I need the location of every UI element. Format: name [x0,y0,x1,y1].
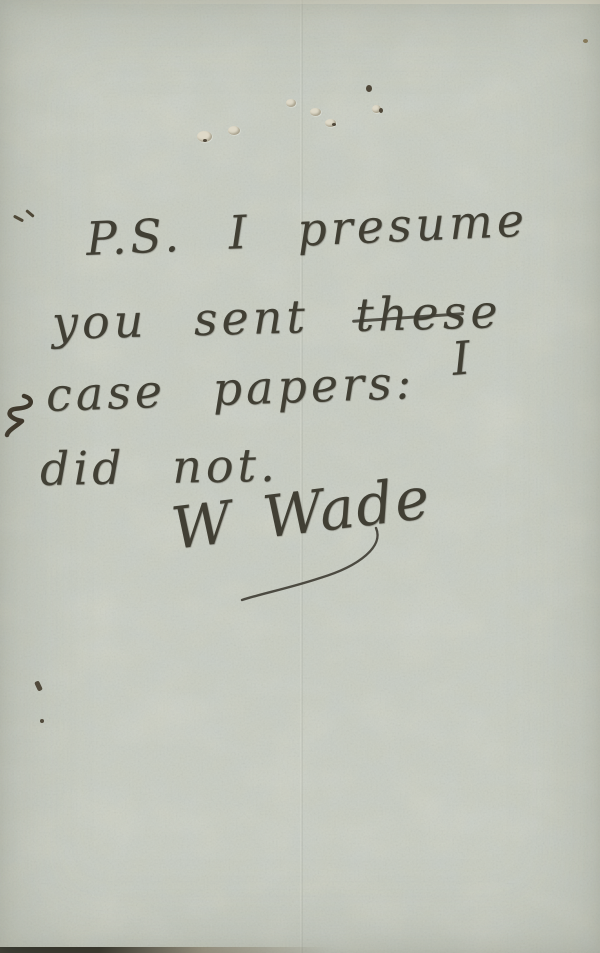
scan-bottom-edge [0,947,330,953]
brown-speck [583,39,588,43]
damage-spot [286,99,296,107]
dark-speck [40,719,44,723]
handwriting-line-4: did not. [40,442,279,492]
vertical-fold-crease [300,0,303,953]
scan-top-edge [0,0,600,4]
handwriting-line-3: case papers: [45,359,416,418]
damage-spot [228,126,240,135]
handwriting-line-2: you sent these [51,288,502,346]
signature-flourish [230,518,400,610]
dark-speck [332,123,336,126]
damage-spot [310,108,321,116]
handwriting-line-3-tail: I [450,334,476,382]
ps-abbreviation: P.S. [85,212,184,262]
scanned-letter-page: P.S. I presume you sent these case paper… [0,0,600,953]
dark-speck [366,85,372,92]
ink-blot-zigzag [0,390,42,442]
line-1-text: I presume [228,197,529,256]
dark-speck [379,108,383,113]
dark-speck [203,139,207,142]
